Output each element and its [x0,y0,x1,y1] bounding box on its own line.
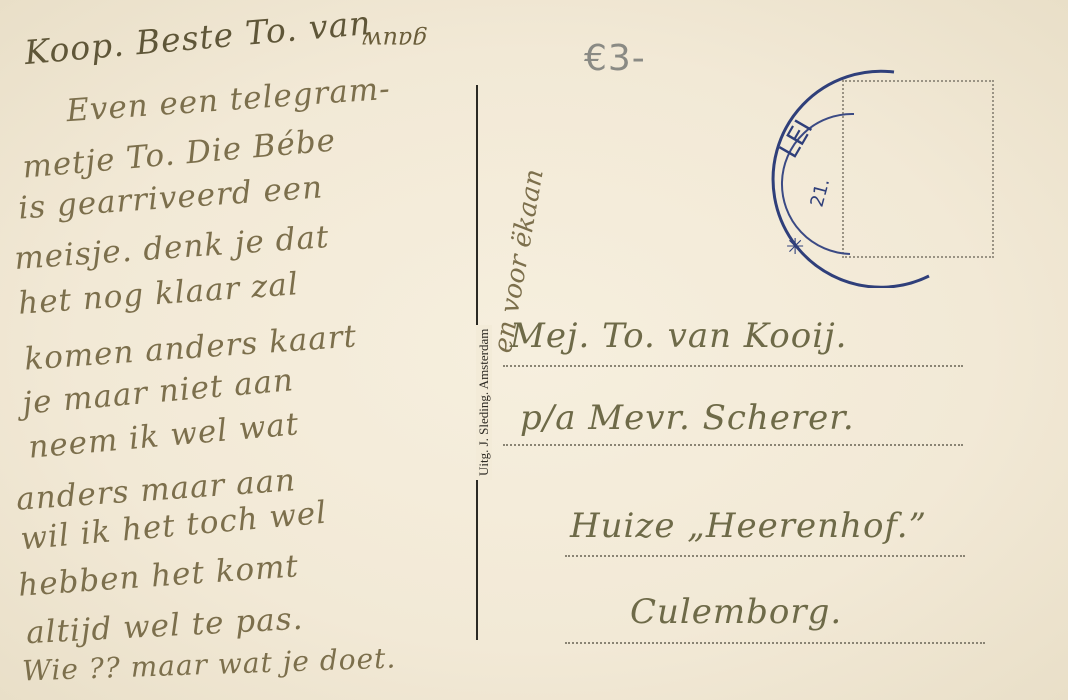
address-dotted-line [503,365,963,367]
svg-text:21.: 21. [807,176,835,209]
svg-text:LEI: LEI [774,115,819,163]
message-line: Even een telegram- [65,71,392,130]
message-line: hebben het komt [17,548,300,604]
message-line: altijd wel te pas. [25,601,304,651]
message-line: Koop. Beste To. van [23,3,373,72]
address-line-recipient: Mej. To. van Kooij. [510,316,847,356]
svg-text:✳: ✳ [786,235,804,260]
address-line-city: Culemborg. [630,592,842,632]
address-line-care-of: p/a Mevr. Scherer. [520,398,855,438]
publisher-imprint: Uitg. J. Sleding. Amsterdam [476,325,492,480]
address-dotted-line [503,444,963,446]
address-line-house: Huize „Heerenhof.” [570,506,927,546]
postmark-icon: LEI 21. ✳ [764,68,974,288]
price-note: €3- [584,38,646,79]
postcard-back: Koop. Beste To. van Even een telegram- m… [0,0,1068,700]
address-dotted-line [565,555,965,557]
upside-down-note: gauw [362,26,428,54]
message-line: komen anders kaart [23,318,358,377]
message-line: het nog klaar zal [17,266,300,322]
address-dotted-line [565,642,985,644]
